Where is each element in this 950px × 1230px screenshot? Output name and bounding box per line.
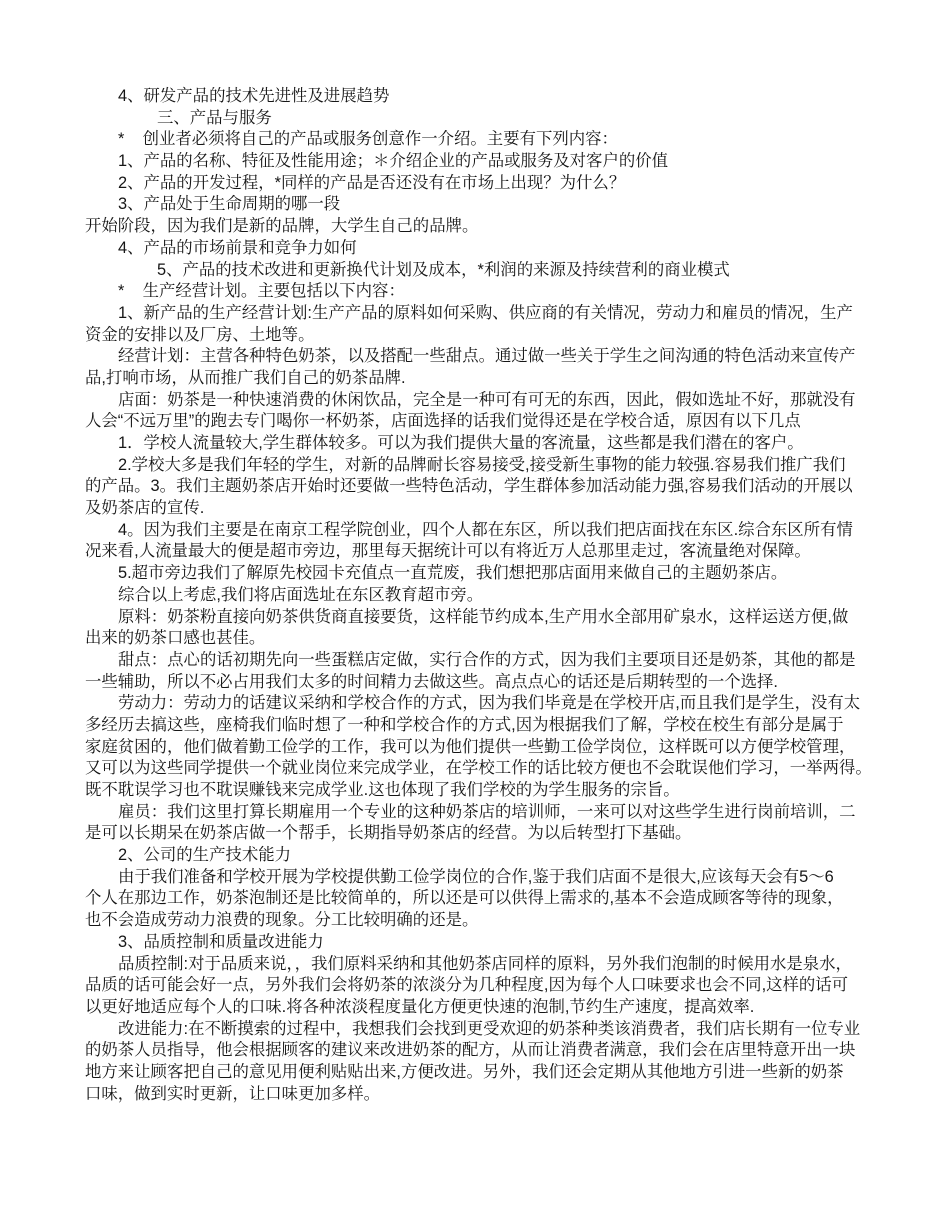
text-line: 地方来让顾客把自己的意见用便利贴贴出来,方便改进。另外，我们还会定期从其他地方引…	[85, 1062, 875, 1084]
text-line: 4。因为我们主要是在南京工程学院创业，四个人都在东区，所以我们把店面找在东区.综…	[85, 520, 875, 542]
text-line: 5.超市旁边我们了解原先校园卡充值点一直荒废，我们想把那店面用来做自己的主题奶茶…	[85, 563, 875, 585]
text-line: 况来看,人流量最大的便是超市旁边，那里每天据统计可以有将近万人总那里走过，客流量…	[85, 541, 875, 563]
text-line: 由于我们准备和学校开展为学校提供勤工俭学岗位的合作,鉴于我们店面不是很大,应该每…	[85, 867, 875, 889]
text-line: 4、研发产品的技术先进性及进展趋势	[85, 86, 875, 108]
text-line: 1．学校人流量较大,学生群体较多。可以为我们提供大量的客流量，这些都是我们潜在的…	[85, 433, 875, 455]
document-page: 4、研发产品的技术先进性及进展趋势三、产品与服务* 创业者必须将自己的产品或服务…	[0, 0, 950, 1230]
text-line: 人会“不远万里”的跑去专门喝你一杯奶茶，店面选择的话我们觉得还是在学校合适，原因…	[85, 411, 875, 433]
text-line: 及奶茶店的宣传.	[85, 498, 875, 520]
text-line: 3、品质控制和质量改进能力	[85, 932, 875, 954]
text-line: 的产品。3。我们主题奶茶店开始时还要做一些特色活动，学生群体参加活动能力强,容易…	[85, 476, 875, 498]
text-line: 1、产品的名称、特征及性能用途；＊介绍企业的产品或服务及对客户的价值	[85, 151, 875, 173]
text-line: 个人在那边工作，奶茶泡制还是比较简单的，所以还是可以供得上需求的,基本不会造成顾…	[85, 888, 875, 910]
text-line: * 生产经营计划。主要包括以下内容：	[85, 281, 875, 303]
text-line: 综合以上考虑,我们将店面选址在东区教育超市旁。	[85, 585, 875, 607]
text-line: 以更好地适应每个人的口味.将各种浓淡程度量化方便更快速的泡制,节约生产速度，提高…	[85, 997, 875, 1019]
text-line: 雇员：我们这里打算长期雇用一个专业的这种奶茶店的培训师，一来可以对这些学生进行岗…	[85, 802, 875, 824]
text-line: 甜点：点心的话初期先向一些蛋糕店定做，实行合作的方式，因为我们主要项目还是奶茶，…	[85, 650, 875, 672]
text-line: 改进能力:在不断摸索的过程中，我想我们会找到更受欢迎的奶茶种类该消费者，我们店长…	[85, 1019, 875, 1041]
text-line: 资金的安排以及厂房、土地等。	[85, 325, 875, 347]
text-line: 也不会造成劳动力浪费的现象。分工比较明确的还是。	[85, 910, 875, 932]
text-line: 的奶茶人员指导，他会根据顾客的建议来改进奶茶的配方，从而让消费者满意，我们会在店…	[85, 1040, 875, 1062]
text-line: 原料：奶茶粉直接向奶茶供货商直接要货，这样能节约成本,生产用水全部用矿泉水，这样…	[85, 607, 875, 629]
text-line: 是可以长期呆在奶茶店做一个帮手，长期指导奶茶店的经营。为以后转型打下基础。	[85, 823, 875, 845]
text-line: 开始阶段，因为我们是新的品牌，大学生自己的品牌。	[85, 216, 875, 238]
text-line: 经营计划：主营各种特色奶茶，以及搭配一些甜点。通过做一些关于学生之间沟通的特色活…	[85, 346, 875, 368]
text-line: 1、新产品的生产经营计划:生产产品的原料如何采购、供应商的有关情况，劳动力和雇员…	[85, 303, 875, 325]
text-line: 2、公司的生产技术能力	[85, 845, 875, 867]
text-line: 出来的奶茶口感也甚佳。	[85, 628, 875, 650]
text-line: 3、产品处于生命周期的哪一段	[85, 194, 875, 216]
text-line: 多经历去搞这些，座椅我们临时想了一种和学校合作的方式,因为根据我们了解，学校在校…	[85, 715, 875, 737]
text-line: 品,打响市场，从而推广我们自己的奶茶品牌.	[85, 368, 875, 390]
text-line: 既不耽误学习也不耽误赚钱来完成学业.这也体现了我们学校的为学生服务的宗旨。	[85, 780, 875, 802]
text-line: 品质的话可能会好一点，另外我们会将奶茶的浓淡分为几种程度,因为每个人口味要求也会…	[85, 975, 875, 997]
text-line: 2、产品的开发过程，*同样的产品是否还没有在市场上出现？为什么？	[85, 173, 875, 195]
text-line: 家庭贫困的，他们做着勤工俭学的工作，我可以为他们提供一些勤工俭学岗位，这样既可以…	[85, 737, 875, 759]
text-line: 三、产品与服务	[85, 108, 875, 130]
text-line: 店面：奶茶是一种快速消费的休闲饮品，完全是一种可有可无的东西，因此，假如选址不好…	[85, 390, 875, 412]
text-line: 5、产品的技术改进和更新换代计划及成本，*利润的来源及持续营利的商业模式	[85, 260, 875, 282]
document-body: 4、研发产品的技术先进性及进展趋势三、产品与服务* 创业者必须将自己的产品或服务…	[85, 86, 875, 1105]
text-line: 又可以为这些同学提供一个就业岗位来完成学业，在学校工作的话比较方便也不会耽误他们…	[85, 758, 875, 780]
text-line: 品质控制:对于品质来说，，我们原料采纳和其他奶茶店同样的原料，另外我们泡制的时候…	[85, 954, 875, 976]
text-line: 4、产品的市场前景和竞争力如何	[85, 238, 875, 260]
text-line: * 创业者必须将自己的产品或服务创意作一介绍。主要有下列内容：	[85, 129, 875, 151]
text-line: 口味，做到实时更新，让口味更加多样。	[85, 1084, 875, 1106]
text-line: 一些辅助，所以不必占用我们太多的时间精力去做这些。高点点心的话还是后期转型的一个…	[85, 672, 875, 694]
text-line: 劳动力：劳动力的话建议采纳和学校合作的方式，因为我们毕竟是在学校开店,而且我们是…	[85, 693, 875, 715]
text-line: 2.学校大多是我们年轻的学生，对新的品牌耐长容易接受,接受新生事物的能力较强.容…	[85, 455, 875, 477]
